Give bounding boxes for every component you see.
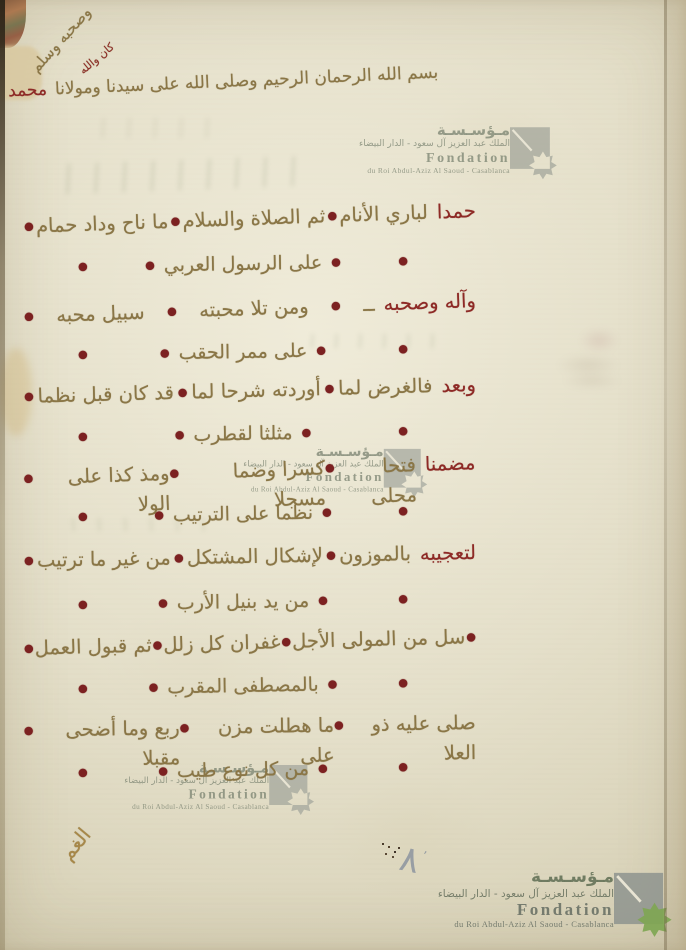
hemistich: وبعد فالغرض لما [338, 370, 477, 404]
red-dot: ● [24, 218, 34, 235]
red-dot: ● [24, 552, 34, 569]
verse-text: ما ناح وداد حمام [35, 207, 168, 242]
verse-word-red: حمدا [436, 196, 476, 228]
red-dot: ● [316, 342, 326, 359]
red-dot: ● [322, 503, 332, 520]
red-dot: ● [24, 388, 34, 405]
red-dot: ● [158, 594, 168, 611]
red-dot: ● [170, 212, 180, 229]
red-dot: ● [326, 547, 336, 564]
verse-text: سبيل محبه [56, 298, 145, 331]
verse-text: بالمصطفى المقرب [167, 671, 319, 703]
ink-speckles [382, 843, 384, 845]
verse-line-1: حمدا لباري الأنام ● ثم الصلاة والسلام ● … [24, 196, 477, 242]
hemistich: ● على ممر الحقب ● [160, 337, 327, 369]
verse-text: ــ [363, 290, 375, 321]
red-dot: ● [398, 502, 408, 519]
verse-word-red: لتعجيبه [420, 538, 477, 569]
foundation-name-arabic: مـؤسـسـة [402, 868, 614, 888]
red-dot: ● [78, 680, 88, 697]
verse-line-2: وآله وصحبه ــ ● ومن تلا محبته ● سبيل محب… [24, 286, 477, 332]
foundation-name-french: Fondation [104, 787, 269, 802]
red-dot: ● [318, 592, 328, 609]
foundation-logo-icon [614, 872, 678, 946]
basmala-text: بسم الله الرحمان الرحيم وصلى الله على سي… [54, 63, 438, 100]
red-dot: ● [145, 257, 155, 274]
red-dot: ● [325, 459, 335, 476]
verse-word-red: وبعد [441, 370, 476, 401]
verse-text: لإشكال المشتكل [187, 541, 324, 574]
red-dot: ● [331, 253, 341, 270]
red-dot: ● [328, 675, 338, 692]
hemistich: ● من كل نوع طيب ● [158, 755, 328, 787]
marbled-corner-stain [0, 0, 26, 48]
page-number-mark: ʼ [421, 849, 428, 865]
red-dot: ● [178, 384, 188, 401]
hemistich: وآله وصحبه ــ [363, 286, 477, 320]
red-dot: ● [398, 422, 408, 439]
verse-text: بالموزون [339, 539, 411, 570]
red-dot: ● [324, 380, 334, 397]
hemistich: لتعجيبه بالموزون [339, 538, 476, 571]
red-dot: ● [78, 428, 88, 445]
verse-word-red: مضمنا [424, 448, 475, 480]
red-dot: ● [152, 636, 162, 653]
ink-bleedthrough [90, 118, 215, 138]
verse-rhyme-line-5: ● ● من يد بنيل الأرب ● ● [78, 585, 408, 620]
page-fold-crease [664, 0, 667, 950]
red-dot: ● [327, 207, 337, 224]
red-dot: ● [167, 303, 177, 320]
red-dot: ● [78, 596, 88, 613]
catchword: الغم [55, 823, 96, 865]
hemistich: ● نظما على الترتيب ● [154, 498, 332, 531]
red-dot: ● [24, 722, 34, 739]
red-dot: ● [78, 764, 88, 781]
red-dot: ● [78, 258, 88, 275]
hemistich: ● بالمصطفى المقرب ● [148, 670, 337, 703]
verse-rhyme-line-3: ● ● مثلثا لقطرب ● ● [78, 417, 408, 452]
verse-text: من يد بنيل الأرب [177, 587, 310, 619]
hemistich: ● على الرسول العربي ● [145, 248, 341, 281]
verse-word-red: وآله وصحبه [383, 286, 476, 319]
foundation-org-arabic: الملك عبد العزيز آل سعود - الدار البيضاء [330, 139, 510, 150]
hemistich: ● من يد بنيل الأرب ● [158, 587, 328, 619]
ink-bleedthrough [556, 328, 628, 390]
red-dot: ● [281, 633, 291, 650]
page-number: ٨ʼ [396, 838, 427, 883]
verse-text: سل من المولى الأجل [292, 622, 466, 657]
verse-text: ومن تلا محبته [199, 292, 309, 326]
foundation-name-french: Fondation [330, 151, 510, 166]
verse-text: من غير ما ترتيب [37, 543, 171, 576]
red-dot: ● [301, 424, 311, 441]
red-dot: ● [78, 508, 88, 525]
verse-text: على ممر الحقب [178, 337, 307, 369]
red-dot: ● [466, 628, 476, 645]
verse-text: نظما على الترتيب [173, 499, 314, 531]
basmala-muhammad-red: محمد [7, 80, 47, 102]
verse-text: ثم الصلاة والسلام [182, 201, 326, 236]
page-edge-shading [667, 0, 686, 950]
red-dot: ● [23, 470, 33, 487]
foundation-watermark: مـؤسـسـة الملك عبد العزيز آل سعود - الدا… [330, 122, 567, 188]
verse-text: لباري الأنام [339, 198, 429, 231]
manuscript-scan-page: مـؤسـسـة الملك عبد العزيز آل سعود - الدا… [0, 0, 686, 950]
verse-text: قد كان قبل نظما [37, 378, 174, 412]
verse-rhyme-line-6: ● ● بالمصطفى المقرب ● ● [78, 669, 408, 704]
foundation-watermark-text: مـؤسـسـة الملك عبد العزيز آل سعود - الدا… [330, 122, 510, 176]
verse-text: غفران كل زلل [163, 627, 281, 660]
verse-rhyme-line-1: ● ● على الرسول العربي ● ● [78, 247, 408, 282]
red-dot: ● [78, 346, 88, 363]
red-dot: ● [180, 719, 190, 736]
verse-line-6: ● سل من المولى الأجل ● غفران كل زلل ● ثم… [24, 622, 477, 664]
red-dot: ● [334, 716, 344, 733]
red-dot: ● [398, 340, 408, 357]
page-number-digit: ٨ [396, 838, 423, 882]
red-dot: ● [318, 760, 328, 777]
verse-text: أوردته شرحا لما [191, 374, 321, 408]
verse-line-5: لتعجيبه بالموزون ● لإشكال المشتكل ● من غ… [24, 538, 476, 576]
hemistich: حمدا لباري الأنام [339, 196, 477, 231]
verse-rhyme-line-4: ● ● نظما على الترتيب ● ● [78, 497, 408, 532]
foundation-logo-icon [510, 126, 562, 188]
verse-text: على الرسول العربي [164, 249, 323, 281]
red-dot: ● [398, 758, 408, 775]
verse-line-3: وبعد فالغرض لما ● أوردته شرحا لما ● قد ك… [24, 370, 477, 412]
foundation-watermark-colored: مـؤسـسـة الملك عبد العزيز آل سعود - الدا… [402, 868, 683, 946]
verse-rhyme-line-7: ● ● من كل نوع طيب ● ● [78, 753, 408, 788]
foundation-org-arabic: الملك عبد العزيز آل سعود - الدار البيضاء [402, 888, 614, 901]
verse-text: فالغرض لما [338, 371, 433, 404]
foundation-org-french: du Roi Abdul-Aziz Al Saoud - Casablanca [402, 919, 614, 930]
red-dot: ● [398, 252, 408, 269]
hemistich: ● مثلثا لقطرب ● [175, 419, 312, 451]
foundation-org-french: du Roi Abdul-Aziz Al Saoud - Casablanca [330, 166, 510, 176]
red-dot: ● [24, 640, 34, 657]
verse-text: مثلثا لقطرب [193, 419, 293, 450]
foundation-name-french: Fondation [402, 901, 614, 920]
foundation-org-french: du Roi Abdul-Aziz Al Saoud - Casablanca [104, 802, 269, 811]
header-red-note: كان والله [77, 40, 117, 77]
verse-text: من كل نوع طيب [177, 755, 310, 787]
red-dot: ● [158, 762, 168, 779]
binding-edge [0, 0, 5, 950]
red-dot: ● [149, 678, 159, 695]
red-dot: ● [174, 549, 184, 566]
verse-text: ثم قبول العمل [34, 631, 152, 664]
foundation-watermark-text: مـؤسـسـة الملك عبد العزيز آل سعود - الدا… [402, 868, 614, 930]
red-dot: ● [154, 506, 164, 523]
red-dot: ● [331, 297, 341, 314]
foundation-name-arabic: مـؤسـسـة [330, 122, 510, 139]
verse-rhyme-line-2: ● ● على ممر الحقب ● ● [78, 335, 408, 370]
red-dot: ● [160, 344, 170, 361]
red-dot: ● [398, 590, 408, 607]
red-dot: ● [169, 464, 179, 481]
red-dot: ● [175, 426, 185, 443]
ink-bleedthrough [55, 156, 311, 195]
red-dot: ● [24, 308, 34, 325]
basmala-line: بسم الله الرحمان الرحيم وصلى الله على سي… [7, 63, 438, 102]
red-dot: ● [398, 674, 408, 691]
